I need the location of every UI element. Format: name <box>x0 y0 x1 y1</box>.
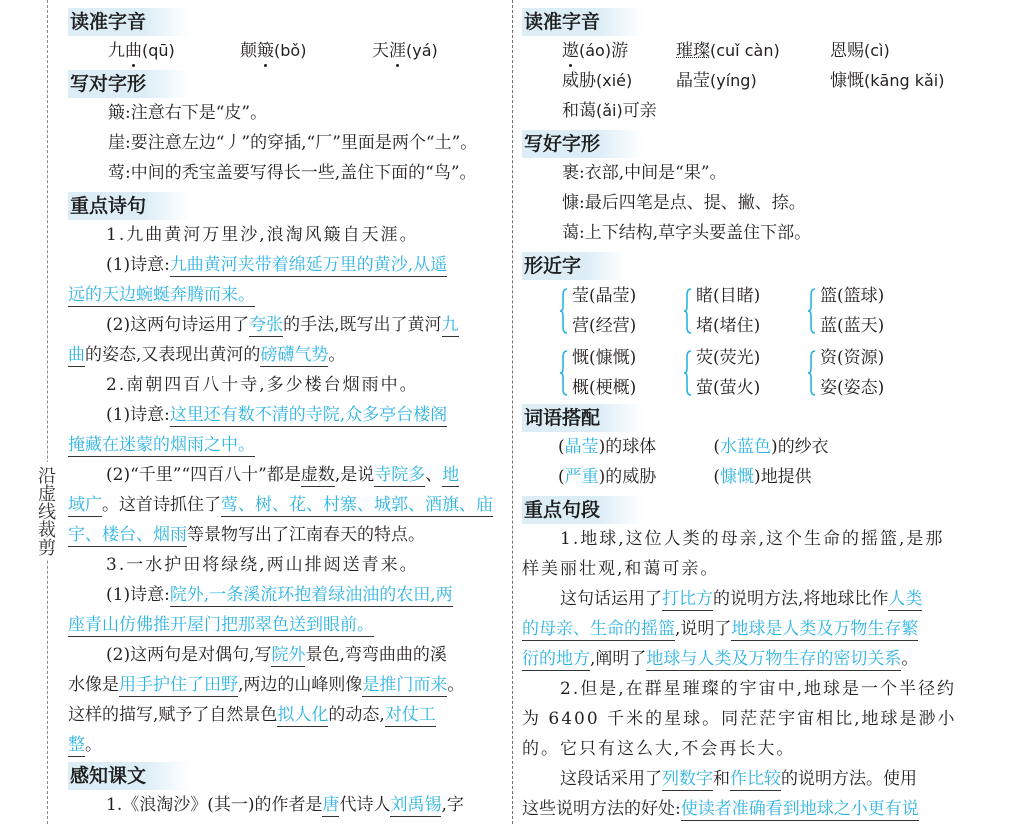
collocation-item: (慷慨)地提供 <box>713 462 811 492</box>
answer-blank: 宇、楼台、烟雨 <box>68 525 187 547</box>
answer-blank: 寺院多 <box>374 465 425 487</box>
meaning-line: (1)诗意:九曲黄河夹带着绵延万里的黄沙,从遥 <box>68 250 506 280</box>
analysis-line: 水像是用手护住了田野,两边的山峰则像是推门而来。 <box>68 670 506 700</box>
answer-blank: 夸张 <box>249 315 283 337</box>
collocation-row: (晶莹)的球体 (水蓝色)的纱衣 <box>522 432 960 462</box>
brace-icon <box>808 287 816 335</box>
similar-pair: 睹(目睹)堵(堵住) <box>684 280 804 342</box>
pinyin-row: 和蔼(ǎi)可亲 <box>522 96 960 126</box>
answer-blank: 九曲黄河夹带着绵延万里的黄沙,从遥 <box>170 255 447 277</box>
answer-blank: 掩藏在迷蒙的烟雨之中。 <box>68 435 255 457</box>
dotted-char: 涯 <box>389 41 406 61</box>
passage-line: 样美丽壮观,和蔼可亲。 <box>522 554 960 584</box>
answer-blank: 九 <box>442 315 459 337</box>
similar-chars-row: 莹(晶莹)营(经营) 睹(目睹)堵(堵住) 篮(篮球)蓝(蓝天) <box>522 280 960 342</box>
section-title-pronunciation: 读准字音 <box>68 8 190 36</box>
answer-blank: 打比方 <box>662 589 713 611</box>
passage-line: 的。它只有这么大,不会再长大。 <box>522 734 960 764</box>
meaning-line: 掩藏在迷蒙的烟雨之中。 <box>68 430 506 460</box>
collocation-item: (水蓝色)的纱衣 <box>713 432 828 462</box>
passage-line: 为 6400 千米的星球。同茫茫宇宙相比,地球是渺小 <box>522 704 960 734</box>
pinyin-item: 遨(áo)游 <box>562 36 676 66</box>
answer-blank: 曲 <box>68 345 85 367</box>
analysis-line: 这样的描写,赋予了自然景色拟人化的动态,对仗工 <box>68 700 506 730</box>
analysis-line: (2)这两句诗运用了夸张的手法,既写出了黄河九 <box>68 310 506 340</box>
similar-pair: 篮(篮球)蓝(蓝天) <box>808 280 928 342</box>
glyph-note: 崖:要注意左边“丿”的穿插,“厂”里面是两个“土”。 <box>68 128 506 158</box>
dotted-char: 曲 <box>125 41 142 61</box>
answer-blank: 院外 <box>271 645 305 667</box>
pinyin-item: 颠簸(bǒ) <box>240 36 372 66</box>
section-title-pronunciation: 读准字音 <box>522 8 644 36</box>
pinyin-item: 璀璨(cuǐ càn) <box>676 36 830 66</box>
answer-blank: 用手护住了田野 <box>119 675 238 697</box>
brace-icon <box>684 287 692 335</box>
pinyin-item: 九曲(qū) <box>108 36 240 66</box>
collocation-item: (晶莹)的球体 <box>558 432 708 462</box>
analysis-line: 这段话采用了列数字和作比较的说明方法。使用 <box>522 764 960 794</box>
answer-blank: 远的天边蜿蜒奔腾而来。 <box>68 285 255 307</box>
glyph-note: 蔼:上下结构,草字头要盖住下部。 <box>522 218 960 248</box>
answer-blank: 人类 <box>888 589 922 611</box>
answer-blank: 地球与人类及万物生存的密切关系 <box>646 649 901 671</box>
meaning-line: (1)诗意:院外,一条溪流环抱着绿油油的农田,两 <box>68 580 506 610</box>
section-title-key-passages: 重点句段 <box>522 496 644 524</box>
similar-chars-row: 慨(慷慨)概(梗概) 荧(荧光)萤(萤火) 资(资源)姿(姿态) <box>522 342 960 404</box>
collocation-row: (严重)的威胁 (慷慨)地提供 <box>522 462 960 492</box>
section-title-text-overview: 感知课文 <box>68 762 190 790</box>
pinyin-item: 威胁(xié) <box>562 66 676 96</box>
column-divider <box>512 0 513 824</box>
section-title-glyph: 写对字形 <box>68 70 190 98</box>
similar-pair: 莹(晶莹)营(经营) <box>560 280 680 342</box>
answer-blank: 磅礴气势 <box>260 345 328 367</box>
answer-blank: 莺、树、花、村寨、城郭、酒旗、庙 <box>221 495 493 517</box>
answer-blank: 使读者准确看到地球之小更有说 <box>681 799 919 821</box>
answer-blank: 这里还有数不清的寺院,众多亭台楼阁 <box>170 405 447 427</box>
answer-blank: 的母亲、生命的摇篮 <box>522 619 675 641</box>
poem-line: 1.九曲黄河万里沙,浪淘风簸自天涯。 <box>68 220 506 250</box>
pinyin-item: 天涯(yá) <box>372 36 438 66</box>
dotted-char: 簸 <box>257 41 274 61</box>
answer-blank: 地球是人类及万物生存繁 <box>731 619 918 641</box>
pinyin-row: 威胁(xié) 晶莹(yíng) 慷慨(kāng kǎi) <box>522 66 960 96</box>
pinyin-row: 遨(áo)游 璀璨(cuǐ càn) 恩赐(cì) <box>522 36 960 66</box>
right-column: 读准字音 遨(áo)游 璀璨(cuǐ càn) 恩赐(cì) 威胁(xié) 晶… <box>522 0 960 824</box>
answer-blank: 衍的地方 <box>522 649 590 671</box>
analysis-line-clipped: 这些说明方法的好处:使读者准确看到地球之小更有说 <box>522 794 960 824</box>
answer-blank: 列数字 <box>662 769 713 791</box>
section-title-word-collocation: 词语搭配 <box>522 404 644 432</box>
answer-blank: 座青山仿佛推开屋门把那翠色送到眼前。 <box>68 615 374 637</box>
analysis-line: 的母亲、生命的摇篮,说明了地球是人类及万物生存繁 <box>522 614 960 644</box>
pinyin-item: 晶莹(yíng) <box>676 66 830 96</box>
overview-line: 1.《浪淘沙》(其一)的作者是唐代诗人刘禹锡,字 <box>68 790 506 820</box>
section-title-key-verses: 重点诗句 <box>68 192 190 220</box>
glyph-note: 莺:中间的秃宝盖要写得长一些,盖住下面的“鸟”。 <box>68 158 506 188</box>
section-title-similar-chars: 形近字 <box>522 252 625 280</box>
glyph-note: 慷:最后四笔是点、提、撇、捺。 <box>522 188 960 218</box>
cut-guide-label: 沿虚线裁剪 <box>38 462 58 560</box>
analysis-line: 域广。这首诗抓住了莺、树、花、村寨、城郭、酒旗、庙 <box>68 490 506 520</box>
poem-line: 2.南朝四百八十寺,多少楼台烟雨中。 <box>68 370 506 400</box>
similar-pair: 资(资源)姿(姿态) <box>808 342 928 404</box>
answer-blank: 地 <box>442 465 459 487</box>
answer-blank: 唐 <box>322 795 339 817</box>
analysis-line: 整。 <box>68 730 506 760</box>
similar-pair: 荧(荧光)萤(萤火) <box>684 342 804 404</box>
answer-blank: 域广 <box>68 495 102 517</box>
answer-blank: 对仗工 <box>385 705 436 727</box>
similar-pair: 慨(慷慨)概(梗概) <box>560 342 680 404</box>
brace-icon <box>560 287 568 335</box>
analysis-line: 这句话运用了打比方的说明方法,将地球比作人类 <box>522 584 960 614</box>
answer-blank: 院外,一条溪流环抱着绿油油的农田,两 <box>170 585 453 607</box>
analysis-line: 宇、楼台、烟雨等景物写出了江南春天的特点。 <box>68 520 506 550</box>
pinyin-item: 恩赐(cì) <box>830 36 890 66</box>
brace-icon <box>808 349 816 397</box>
brace-icon <box>684 349 692 397</box>
analysis-line: (2)这两句是对偶句,写院外景色,弯弯曲曲的溪 <box>68 640 506 670</box>
glyph-note: 簸:注意右下是“皮”。 <box>68 98 506 128</box>
brace-icon <box>560 349 568 397</box>
cut-guide-dashed-line <box>47 0 48 824</box>
glyph-note: 裹:衣部,中间是“果”。 <box>522 158 960 188</box>
analysis-line: 衍的地方,阐明了地球与人类及万物生存的密切关系。 <box>522 644 960 674</box>
meaning-line: (1)诗意:这里还有数不清的寺院,众多亭台楼阁 <box>68 400 506 430</box>
pinyin-item: 慷慨(kāng kǎi) <box>830 66 944 96</box>
pinyin-item: 和蔼(ǎi)可亲 <box>562 96 657 126</box>
answer-blank: 虚数 <box>301 465 335 487</box>
analysis-line: (2)“千里”“四百八十”都是虚数,是说寺院多、地 <box>68 460 506 490</box>
pinyin-row: 九曲(qū) 颠簸(bǒ) 天涯(yá) <box>68 36 506 66</box>
answer-blank: 刘禹锡 <box>390 795 441 817</box>
answer-blank: 拟人化 <box>277 705 328 727</box>
answer-blank: 作比较 <box>730 769 781 791</box>
poem-line: 3.一水护田将绿绕,两山排闼送青来。 <box>68 550 506 580</box>
answer-blank: 是推门而来 <box>362 675 447 697</box>
meaning-line: 座青山仿佛推开屋门把那翠色送到眼前。 <box>68 610 506 640</box>
passage-line: 2.但是,在群星璀璨的宇宙中,地球是一个半径约 <box>522 674 960 704</box>
answer-blank: 整 <box>68 735 85 757</box>
collocation-item: (严重)的威胁 <box>558 462 708 492</box>
analysis-line: 曲的姿态,又表现出黄河的磅礴气势。 <box>68 340 506 370</box>
left-column: 读准字音 九曲(qū) 颠簸(bǒ) 天涯(yá) 写对字形 簸:注意右下是“皮… <box>68 0 506 820</box>
meaning-line: 远的天边蜿蜒奔腾而来。 <box>68 280 506 310</box>
section-title-glyph: 写好字形 <box>522 130 644 158</box>
passage-line: 1.地球,这位人类的母亲,这个生命的摇篮,是那 <box>522 524 960 554</box>
